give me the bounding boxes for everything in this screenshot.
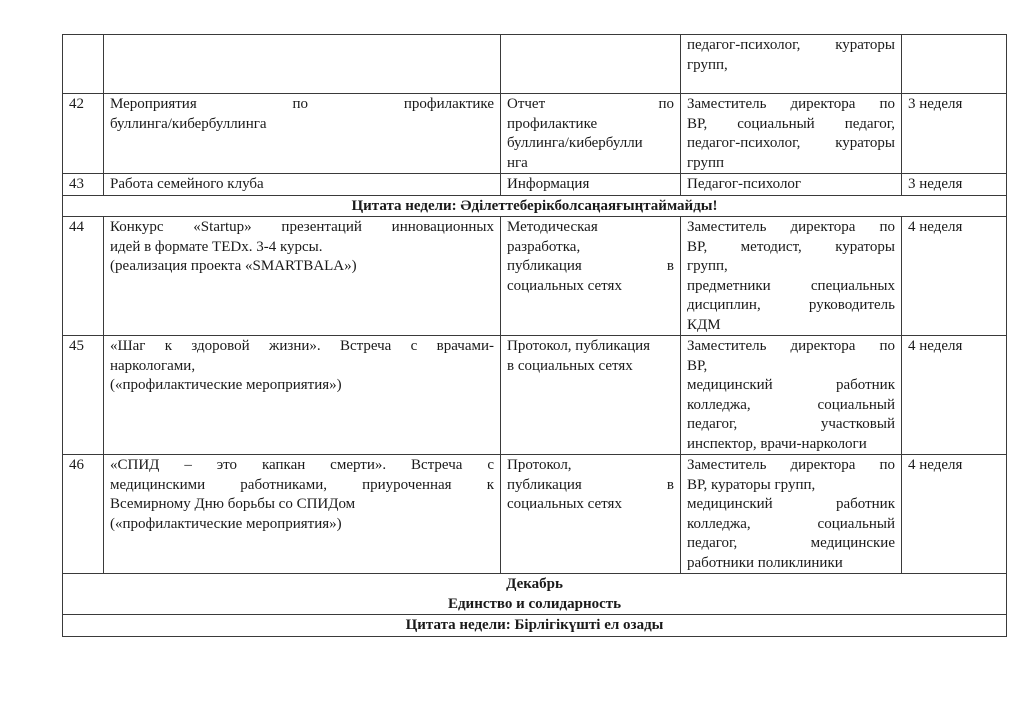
cell-responsible: Заместитель директора по ВР, методист, к… bbox=[681, 217, 902, 336]
cell-responsible: педагог-психолог, кураторы групп, bbox=[681, 35, 902, 94]
cell-number: 42 bbox=[63, 94, 104, 174]
month-header: Декабрь Единство и солидарность bbox=[63, 574, 1007, 615]
text-line: ВР, кураторы групп, bbox=[687, 476, 895, 496]
text-line: ВР, методист, кураторы bbox=[687, 238, 895, 258]
plan-table: педагог-психолог, кураторы групп, 42 Мер… bbox=[62, 34, 1007, 637]
text-line: профилактике bbox=[507, 115, 674, 135]
text-line: ВР, социальный педагог, bbox=[687, 115, 895, 135]
table-row: 43 Работа семейного клуба Информация Пед… bbox=[63, 174, 1007, 196]
cell-number: 43 bbox=[63, 174, 104, 196]
cell-event: Конкурс «Startup» презентаций инновацион… bbox=[104, 217, 501, 336]
text-line: Мероприятия по профилактике bbox=[110, 95, 494, 115]
cell-event: Мероприятия по профилактике буллинга/киб… bbox=[104, 94, 501, 174]
cell-form: Отчет по профилактике буллинга/кибербулл… bbox=[501, 94, 681, 174]
text-line: («профилактические мероприятия») bbox=[110, 515, 494, 535]
text-line: инспектор, врачи-наркологи bbox=[687, 435, 895, 455]
cell-form bbox=[501, 35, 681, 94]
table-row: 46 «СПИД – это капкан смерти». Встреча с… bbox=[63, 455, 1007, 574]
text-line: буллинга/кибербулли bbox=[507, 134, 674, 154]
text-line: колледжа, социальный bbox=[687, 396, 895, 416]
text-line: работники поликлиники bbox=[687, 554, 895, 574]
cell-form: Методическая разработка, публикация в со… bbox=[501, 217, 681, 336]
text-line: «Шаг к здоровой жизни». Встреча с врачам… bbox=[110, 337, 494, 357]
month-header-row: Декабрь Единство и солидарность bbox=[63, 574, 1007, 615]
text-line: КДМ bbox=[687, 316, 895, 336]
cell-deadline: 4 неделя bbox=[902, 455, 1007, 574]
cell-deadline: 3 неделя bbox=[902, 94, 1007, 174]
cell-deadline: 4 неделя bbox=[902, 336, 1007, 455]
table-row: 42 Мероприятия по профилактике буллинга/… bbox=[63, 94, 1007, 174]
cell-event: «Шаг к здоровой жизни». Встреча с врачам… bbox=[104, 336, 501, 455]
cell-deadline: 4 неделя bbox=[902, 217, 1007, 336]
text-line: Заместитель директора по bbox=[687, 456, 895, 476]
text-line: («профилактические мероприятия») bbox=[110, 376, 494, 396]
text-line: ВР, bbox=[687, 357, 895, 377]
quote-of-week: Цитата недели: Бірлігікүшті ел озады bbox=[63, 615, 1007, 637]
cell-form: Протокол, публикация в социальных сетях bbox=[501, 336, 681, 455]
text-line: «СПИД – это капкан смерти». Встреча с bbox=[110, 456, 494, 476]
month-title: Декабрь bbox=[69, 575, 1000, 595]
text-line: педагог, медицинские bbox=[687, 534, 895, 554]
text-line: групп bbox=[687, 154, 895, 174]
cell-responsible: Педагог-психолог bbox=[681, 174, 902, 196]
text-line: Информация bbox=[507, 175, 674, 195]
text-line: групп, bbox=[687, 56, 895, 76]
text-line: Заместитель директора по bbox=[687, 95, 895, 115]
quote-row: Цитата недели: Әділеттеберікболсаңаяғыңт… bbox=[63, 195, 1007, 217]
text-line: педагог-психолог, кураторы bbox=[687, 36, 895, 56]
text-line: Отчет по bbox=[507, 95, 674, 115]
text-line: Педагог-психолог bbox=[687, 175, 895, 195]
cell-number: 46 bbox=[63, 455, 104, 574]
text-line: публикация в bbox=[507, 257, 674, 277]
text-line: буллинга/кибербуллинга bbox=[110, 115, 494, 135]
text-line: Конкурс «Startup» презентаций инновацион… bbox=[110, 218, 494, 238]
text-line: (реализация проекта «SMARTBALA») bbox=[110, 257, 494, 277]
quote-of-week: Цитата недели: Әділеттеберікболсаңаяғыңт… bbox=[63, 195, 1007, 217]
cell-deadline bbox=[902, 35, 1007, 94]
cell-event bbox=[104, 35, 501, 94]
text-line: медицинский работник bbox=[687, 495, 895, 515]
text-line: Заместитель директора по bbox=[687, 218, 895, 238]
month-theme: Единство и солидарность bbox=[69, 595, 1000, 615]
text-line: в социальных сетях bbox=[507, 357, 674, 377]
text-line: разработка, bbox=[507, 238, 674, 258]
cell-number: 45 bbox=[63, 336, 104, 455]
cell-responsible: Заместитель директора по ВР, медицинский… bbox=[681, 336, 902, 455]
cell-form: Протокол, публикация в социальных сетях bbox=[501, 455, 681, 574]
table-row-continued: педагог-психолог, кураторы групп, bbox=[63, 35, 1007, 94]
cell-number bbox=[63, 35, 104, 94]
quote-row: Цитата недели: Бірлігікүшті ел озады bbox=[63, 615, 1007, 637]
text-line: групп, bbox=[687, 257, 895, 277]
text-line: публикация в bbox=[507, 476, 674, 496]
cell-number: 44 bbox=[63, 217, 104, 336]
text-line: идей в формате TEDx. 3-4 курсы. bbox=[110, 238, 494, 258]
table-row: 44 Конкурс «Startup» презентаций инновац… bbox=[63, 217, 1007, 336]
text-line: социальных сетях bbox=[507, 277, 674, 297]
text-line: наркологами, bbox=[110, 357, 494, 377]
text-line: дисциплин, руководитель bbox=[687, 296, 895, 316]
cell-event: «СПИД – это капкан смерти». Встреча с ме… bbox=[104, 455, 501, 574]
text-line: педагог, участковый bbox=[687, 415, 895, 435]
text-line: социальных сетях bbox=[507, 495, 674, 515]
cell-deadline: 3 неделя bbox=[902, 174, 1007, 196]
text-line: медицинскими работниками, приуроченная к bbox=[110, 476, 494, 496]
cell-event: Работа семейного клуба bbox=[104, 174, 501, 196]
table-row: 45 «Шаг к здоровой жизни». Встреча с вра… bbox=[63, 336, 1007, 455]
text-line: медицинский работник bbox=[687, 376, 895, 396]
cell-responsible: Заместитель директора по ВР, социальный … bbox=[681, 94, 902, 174]
text-line: Всемирному Дню борьбы со СПИДом bbox=[110, 495, 494, 515]
text-line: Протокол, публикация bbox=[507, 337, 674, 357]
text-line: Протокол, bbox=[507, 456, 674, 476]
text-line: Работа семейного клуба bbox=[110, 175, 494, 195]
text-line: Методическая bbox=[507, 218, 674, 238]
text-line: колледжа, социальный bbox=[687, 515, 895, 535]
text-line: Заместитель директора по bbox=[687, 337, 895, 357]
text-line: нга bbox=[507, 154, 674, 174]
text-line: педагог-психолог, кураторы bbox=[687, 134, 895, 154]
cell-responsible: Заместитель директора по ВР, кураторы гр… bbox=[681, 455, 902, 574]
cell-form: Информация bbox=[501, 174, 681, 196]
text-line: предметники специальных bbox=[687, 277, 895, 297]
